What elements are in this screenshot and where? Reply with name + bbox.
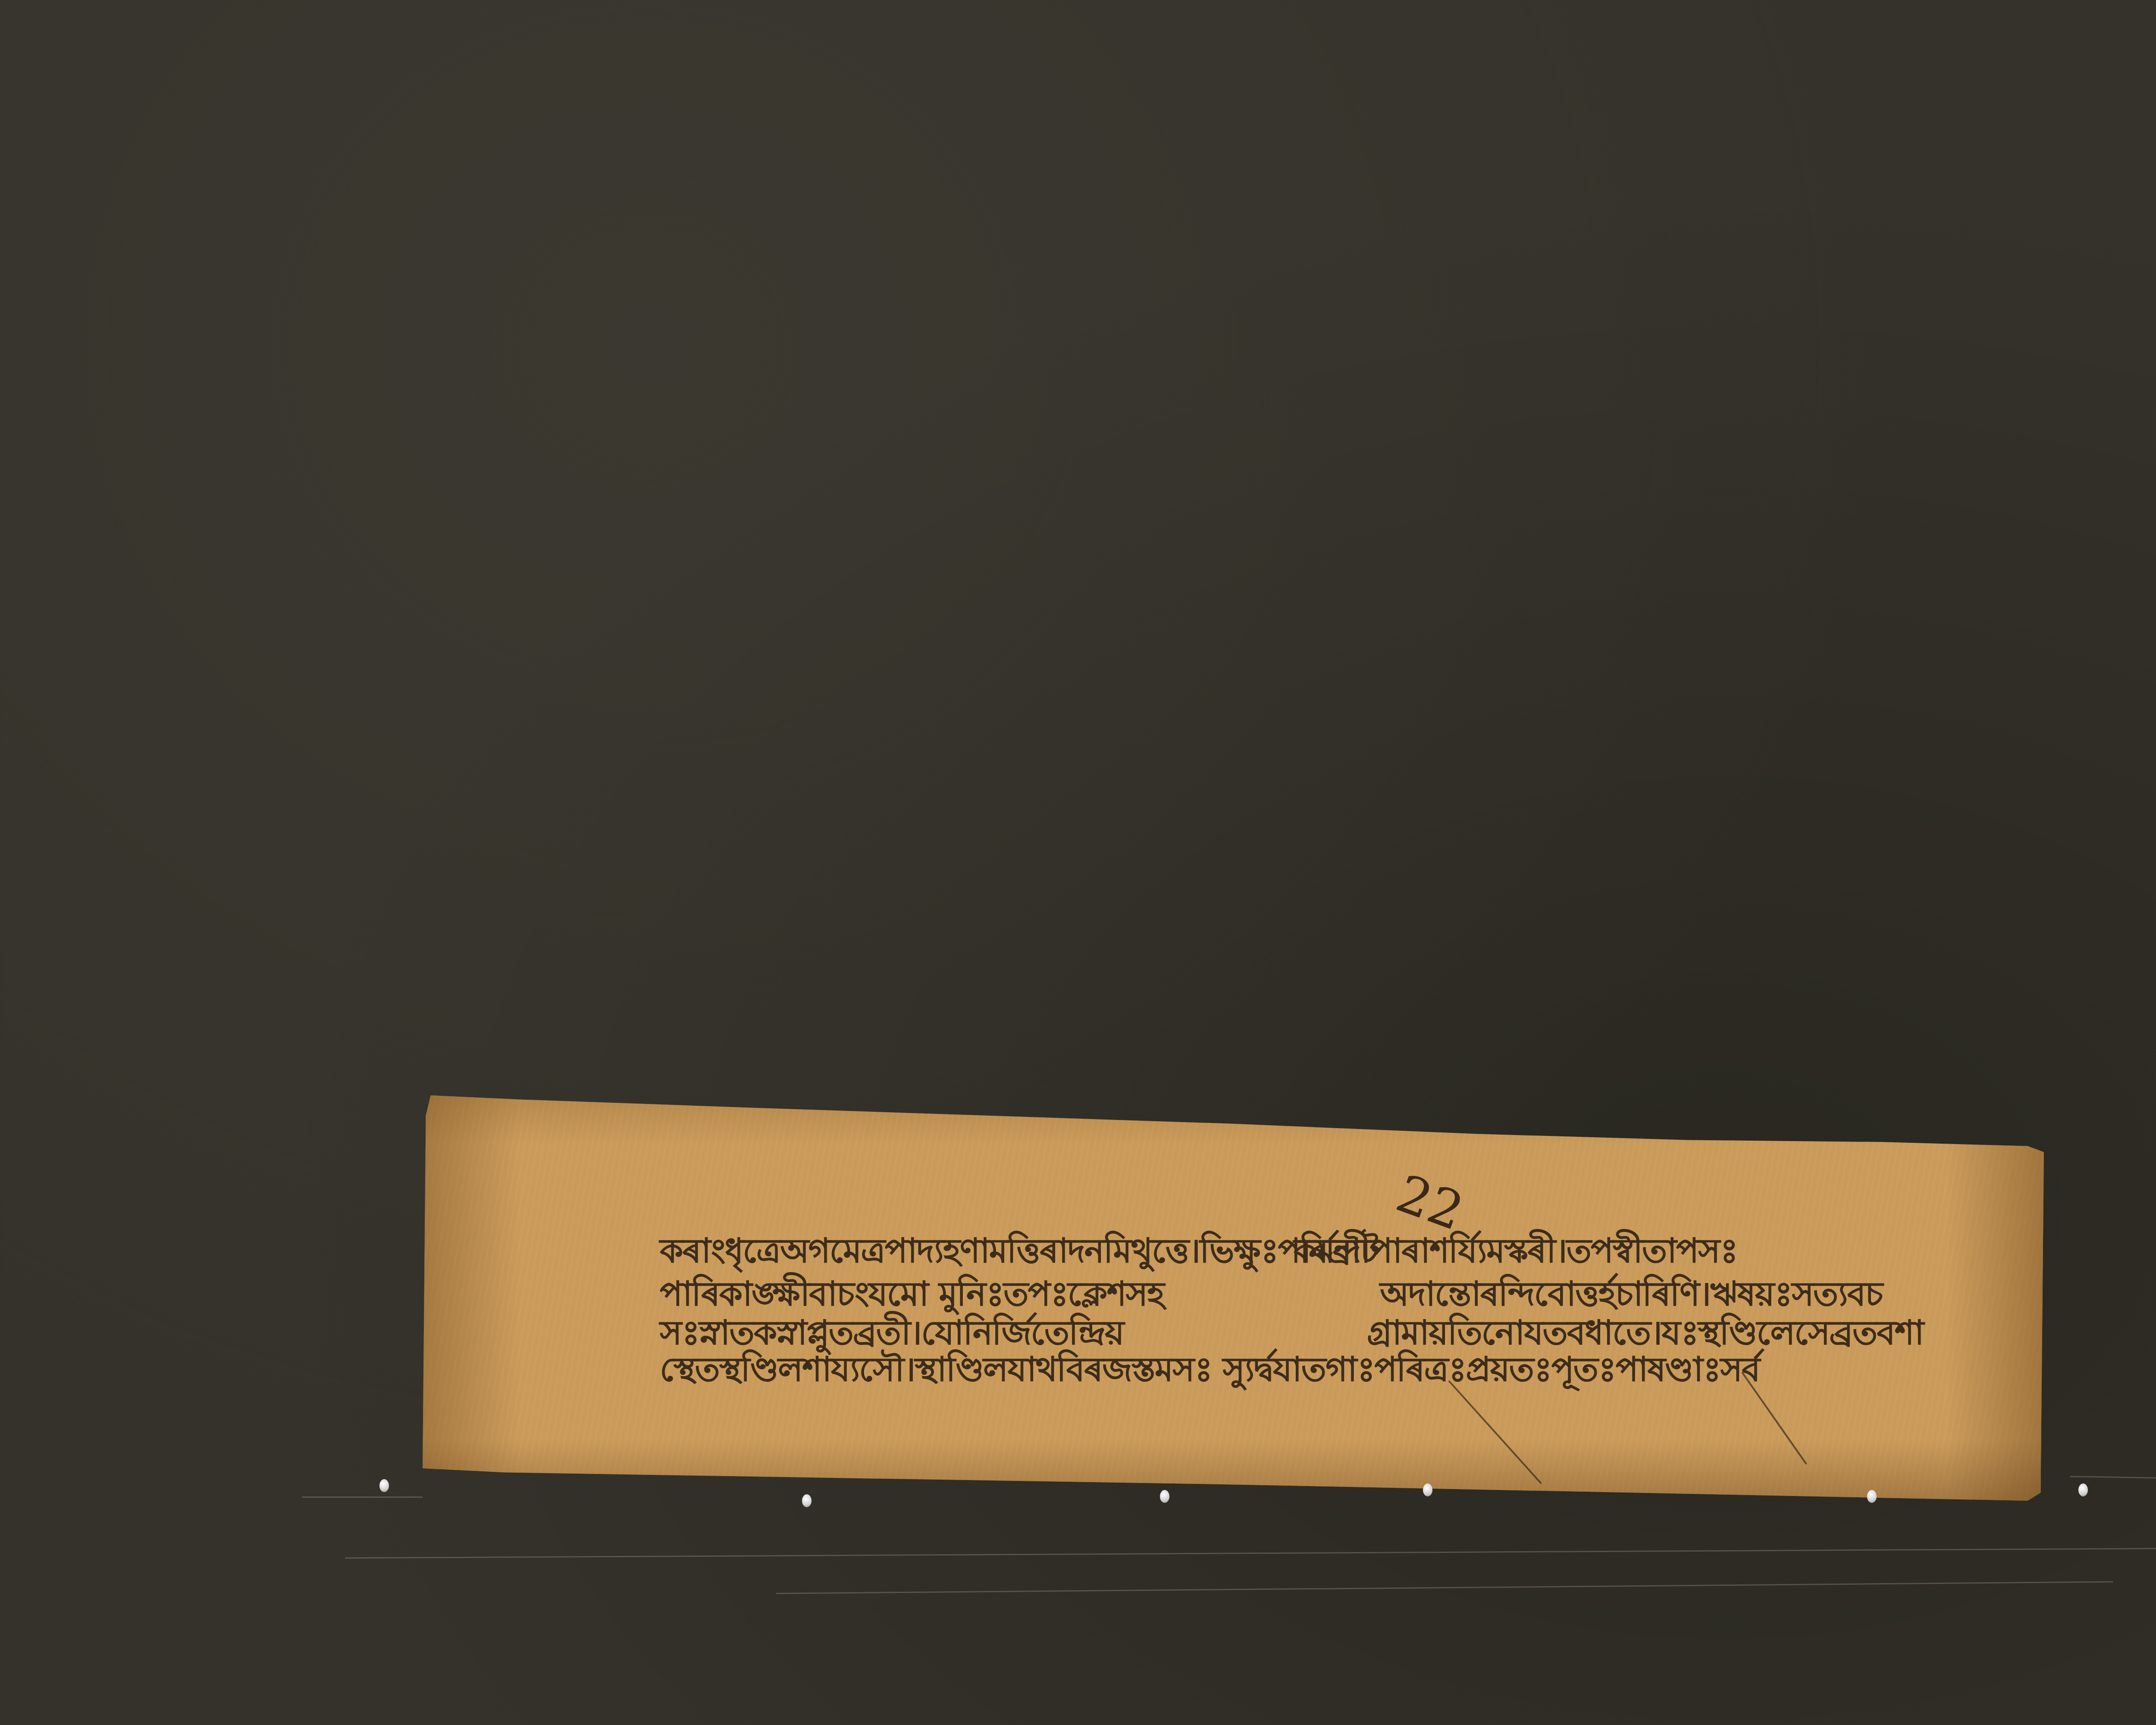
line-4-right: স্যুৰ্দ্বযাতগাঃপৰিত্ৰঃপ্ৰয়তঃপূতঃপাষণ্ডা… — [1222, 1350, 1759, 1389]
pin — [379, 1479, 389, 1492]
pin — [1423, 1483, 1432, 1496]
line-4-left: স্থেতস্থণ্ডিলশায্যসৌ।স্থাণ্ডিলযাথবিৰজস্ত… — [660, 1350, 1212, 1389]
thread — [2070, 1476, 2156, 1484]
manuscript-line-4: স্থেতস্থণ্ডিলশায্যসৌ।স্থাণ্ডিলযাথবিৰজস্ত… — [660, 1343, 1760, 1399]
line-1-left: কৰাংধৃত্ৰেঅগমেত্ৰপাদ্যহণামত্তিৰাদনমিথুত্… — [660, 1231, 1378, 1270]
pin — [802, 1494, 812, 1507]
mounting-board: কৰাংধৃত্ৰেঅগমেত্ৰপাদ্যহণামত্তিৰাদনমিথুত্… — [0, 0, 2156, 1725]
palm-leaf-manuscript: কৰাংধৃত্ৰেঅগমেত্ৰপাদ্যহণামত্তিৰাদনমিথুত্… — [423, 1095, 2044, 1501]
pin — [2078, 1483, 2088, 1496]
pin — [1160, 1490, 1169, 1503]
thread — [776, 1581, 2113, 1594]
pin — [1867, 1490, 1877, 1503]
thread — [302, 1496, 423, 1498]
thread — [345, 1548, 2156, 1559]
ink-stroke — [1741, 1372, 1807, 1465]
